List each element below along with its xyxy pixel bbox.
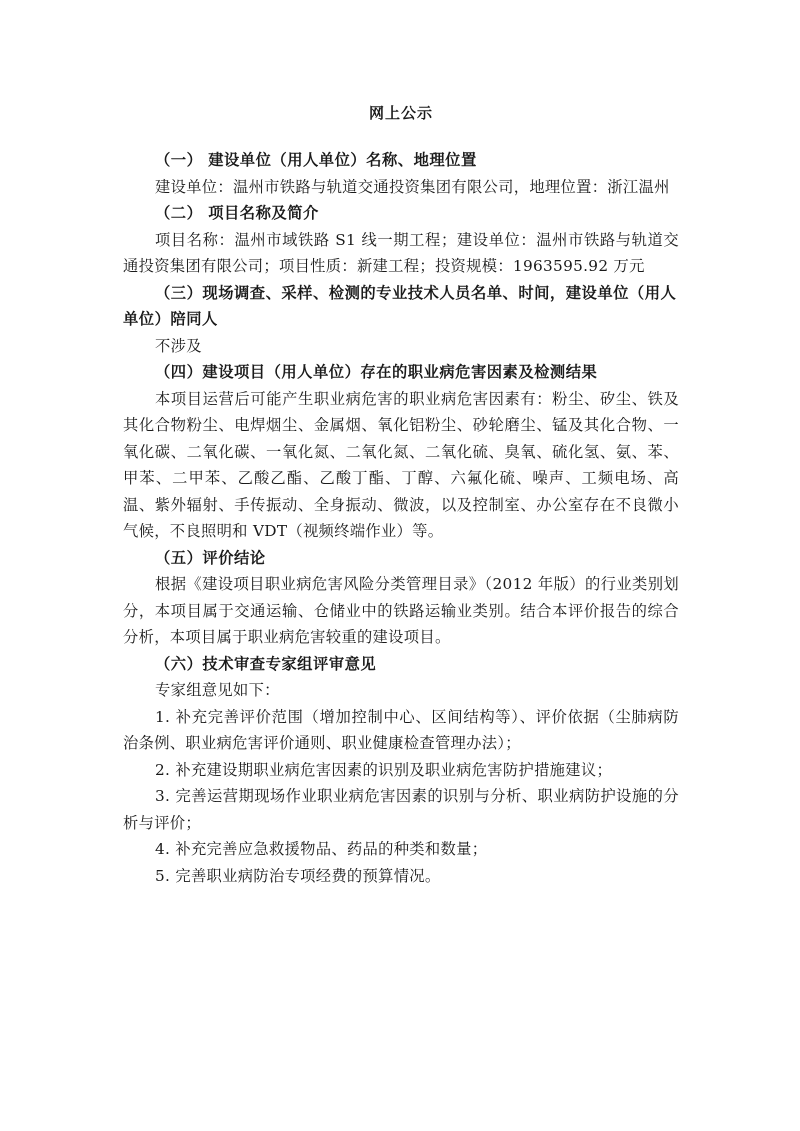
list-item: 1. 补充完善评价范围（增加控制中心、区间结构等）、评价依据（尘肺病防治条例、职… [123,704,679,757]
section-6: （六）技术审查专家组评审意见 专家组意见如下： 1. 补充完善评价范围（增加控制… [123,651,679,890]
paragraph: 项目名称：温州市域铁路 S1 线一期工程；建设单位：温州市铁路与轨道交通投资集团… [123,227,679,280]
document-body: （一） 建设单位（用人单位）名称、地理位置 建设单位：温州市铁路与轨道交通投资集… [123,147,679,889]
section-1: （一） 建设单位（用人单位）名称、地理位置 建设单位：温州市铁路与轨道交通投资集… [123,147,679,200]
section-3: （三）现场调查、采样、检测的专业技术人员名单、时间，建设单位（用人单位）陪同人 … [123,280,679,360]
paragraph: 不涉及 [123,333,679,360]
section-heading: （二） 项目名称及简介 [123,200,679,227]
list-item: 4. 补充完善应急救援物品、药品的种类和数量； [123,836,679,863]
section-heading: （三）现场调查、采样、检测的专业技术人员名单、时间，建设单位（用人单位）陪同人 [123,280,679,333]
section-heading: （四）建设项目（用人单位）存在的职业病危害因素及检测结果 [123,359,679,386]
list-item: 5. 完善职业病防治专项经费的预算情况。 [123,863,679,890]
section-2: （二） 项目名称及简介 项目名称：温州市域铁路 S1 线一期工程；建设单位：温州… [123,200,679,280]
section-4: （四）建设项目（用人单位）存在的职业病危害因素及检测结果 本项目运营后可能产生职… [123,359,679,545]
section-heading: （五）评价结论 [123,545,679,572]
document-title: 网上公示 [123,102,679,123]
list-item: 3. 完善运营期现场作业职业病危害因素的识别与分析、职业病防护设施的分析与评价； [123,783,679,836]
section-heading: （六）技术审查专家组评审意见 [123,651,679,678]
paragraph: 建设单位：温州市铁路与轨道交通投资集团有限公司，地理位置：浙江温州 [123,174,679,201]
section-heading: （一） 建设单位（用人单位）名称、地理位置 [123,147,679,174]
section-5: （五）评价结论 根据《建设项目职业病危害风险分类管理目录》（2012 年版）的行… [123,545,679,651]
paragraph: 专家组意见如下： [123,677,679,704]
list-item: 2. 补充建设期职业病危害因素的识别及职业病危害防护措施建议； [123,757,679,784]
paragraph: 本项目运营后可能产生职业病危害的职业病危害因素有：粉尘、矽尘、铁及其化合物粉尘、… [123,386,679,545]
paragraph: 根据《建设项目职业病危害风险分类管理目录》（2012 年版）的行业类别划分，本项… [123,571,679,651]
